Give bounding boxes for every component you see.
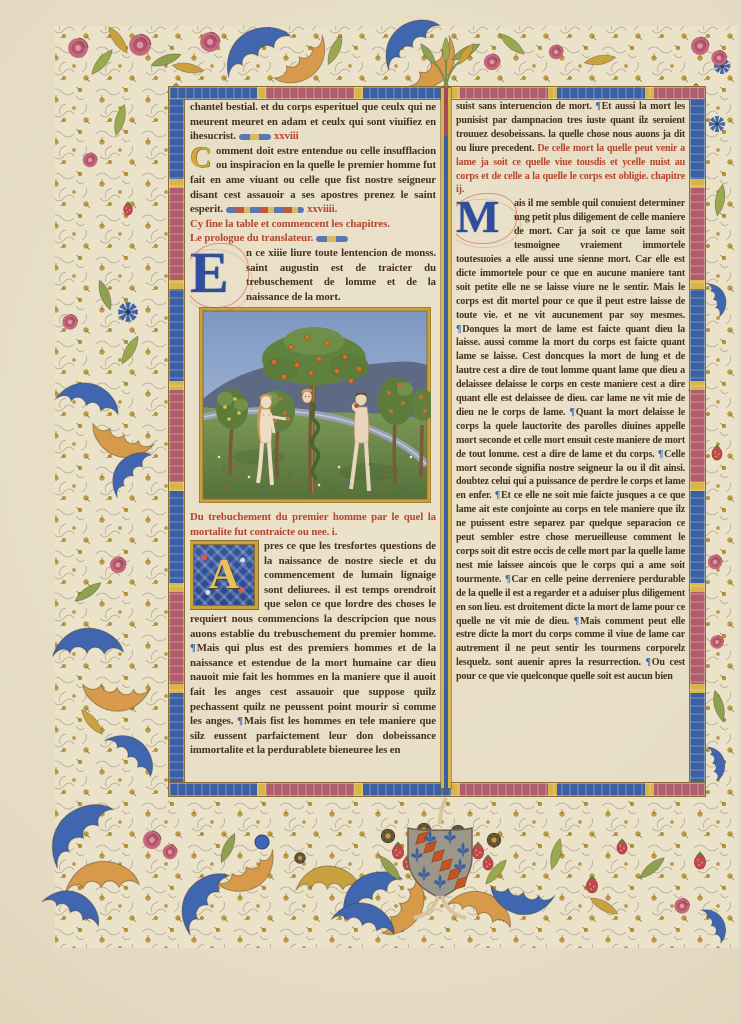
pilcrow-mark: ¶	[456, 324, 462, 335]
chapter-list-entry-29: Comment doit estre entendue ou celle ins…	[190, 144, 436, 217]
pilcrow-mark: ¶	[505, 574, 511, 585]
manuscript-page: chantel bestial. et du corps esperituel …	[0, 0, 741, 1024]
left-text-column: chantel bestial. et du corps esperituel …	[190, 100, 436, 782]
chapter-two-paragraph: Mais il me semble quil conuient determin…	[456, 197, 685, 684]
illuminated-initial-m: M	[456, 197, 510, 239]
illuminated-initial-e: E	[190, 247, 242, 303]
chapter-one-paragraph: Apres ce que les tresfortes questions de…	[190, 539, 436, 758]
right-text-column: suist sans interuencion de mort. ¶Et aus…	[456, 100, 685, 782]
pilcrow-mark: ¶	[495, 490, 501, 501]
chapter-28-number: xxviii	[274, 130, 299, 142]
pilcrow-mark: ¶	[574, 616, 580, 627]
pilcrow-mark: ¶	[595, 101, 601, 112]
chapter-one-continuation: suist sans interuencion de mort. ¶Et aus…	[456, 100, 685, 197]
frame-bar-left	[168, 86, 185, 796]
chapter-list-entry-28: chantel bestial. et du corps esperituel …	[190, 100, 436, 144]
miniature-scene	[203, 311, 431, 499]
line-filler-ornament	[226, 207, 304, 213]
prologue-text: n ce xiiie liure toute lentencion de mon…	[246, 247, 436, 303]
rubric-table-end: Cy fine la table et commencent les chapi…	[190, 217, 436, 232]
pilcrow-mark: ¶	[646, 657, 652, 668]
prologue-paragraph: En ce xiiie liure toute lentencion de mo…	[190, 246, 436, 304]
pilcrow-mark: ¶	[569, 407, 575, 418]
column-divider	[441, 88, 451, 788]
chapter-two-text: ais il me semble quil conuient determine…	[456, 198, 685, 682]
frame-bar-right	[689, 86, 706, 796]
frame-bar-bottom	[168, 782, 706, 797]
pilcrow-mark: ¶	[190, 642, 197, 654]
rubric-chapter-1: Du trebuchement du premier homme par le …	[190, 510, 436, 539]
chapter-28-text: chantel bestial. et du corps esperituel …	[190, 101, 436, 142]
pilcrow-mark: ¶	[658, 449, 664, 460]
chapter-29-number: xxviiii.	[307, 203, 337, 215]
illuminated-initial-c: C	[190, 145, 214, 171]
miniature-adam-and-eve	[199, 307, 431, 503]
line-filler-ornament	[316, 236, 348, 242]
frame-bar-top	[168, 86, 706, 100]
pilcrow-mark: ¶	[237, 715, 244, 727]
line-filler-ornament	[239, 134, 271, 140]
illuminated-initial-a: A	[190, 541, 258, 609]
